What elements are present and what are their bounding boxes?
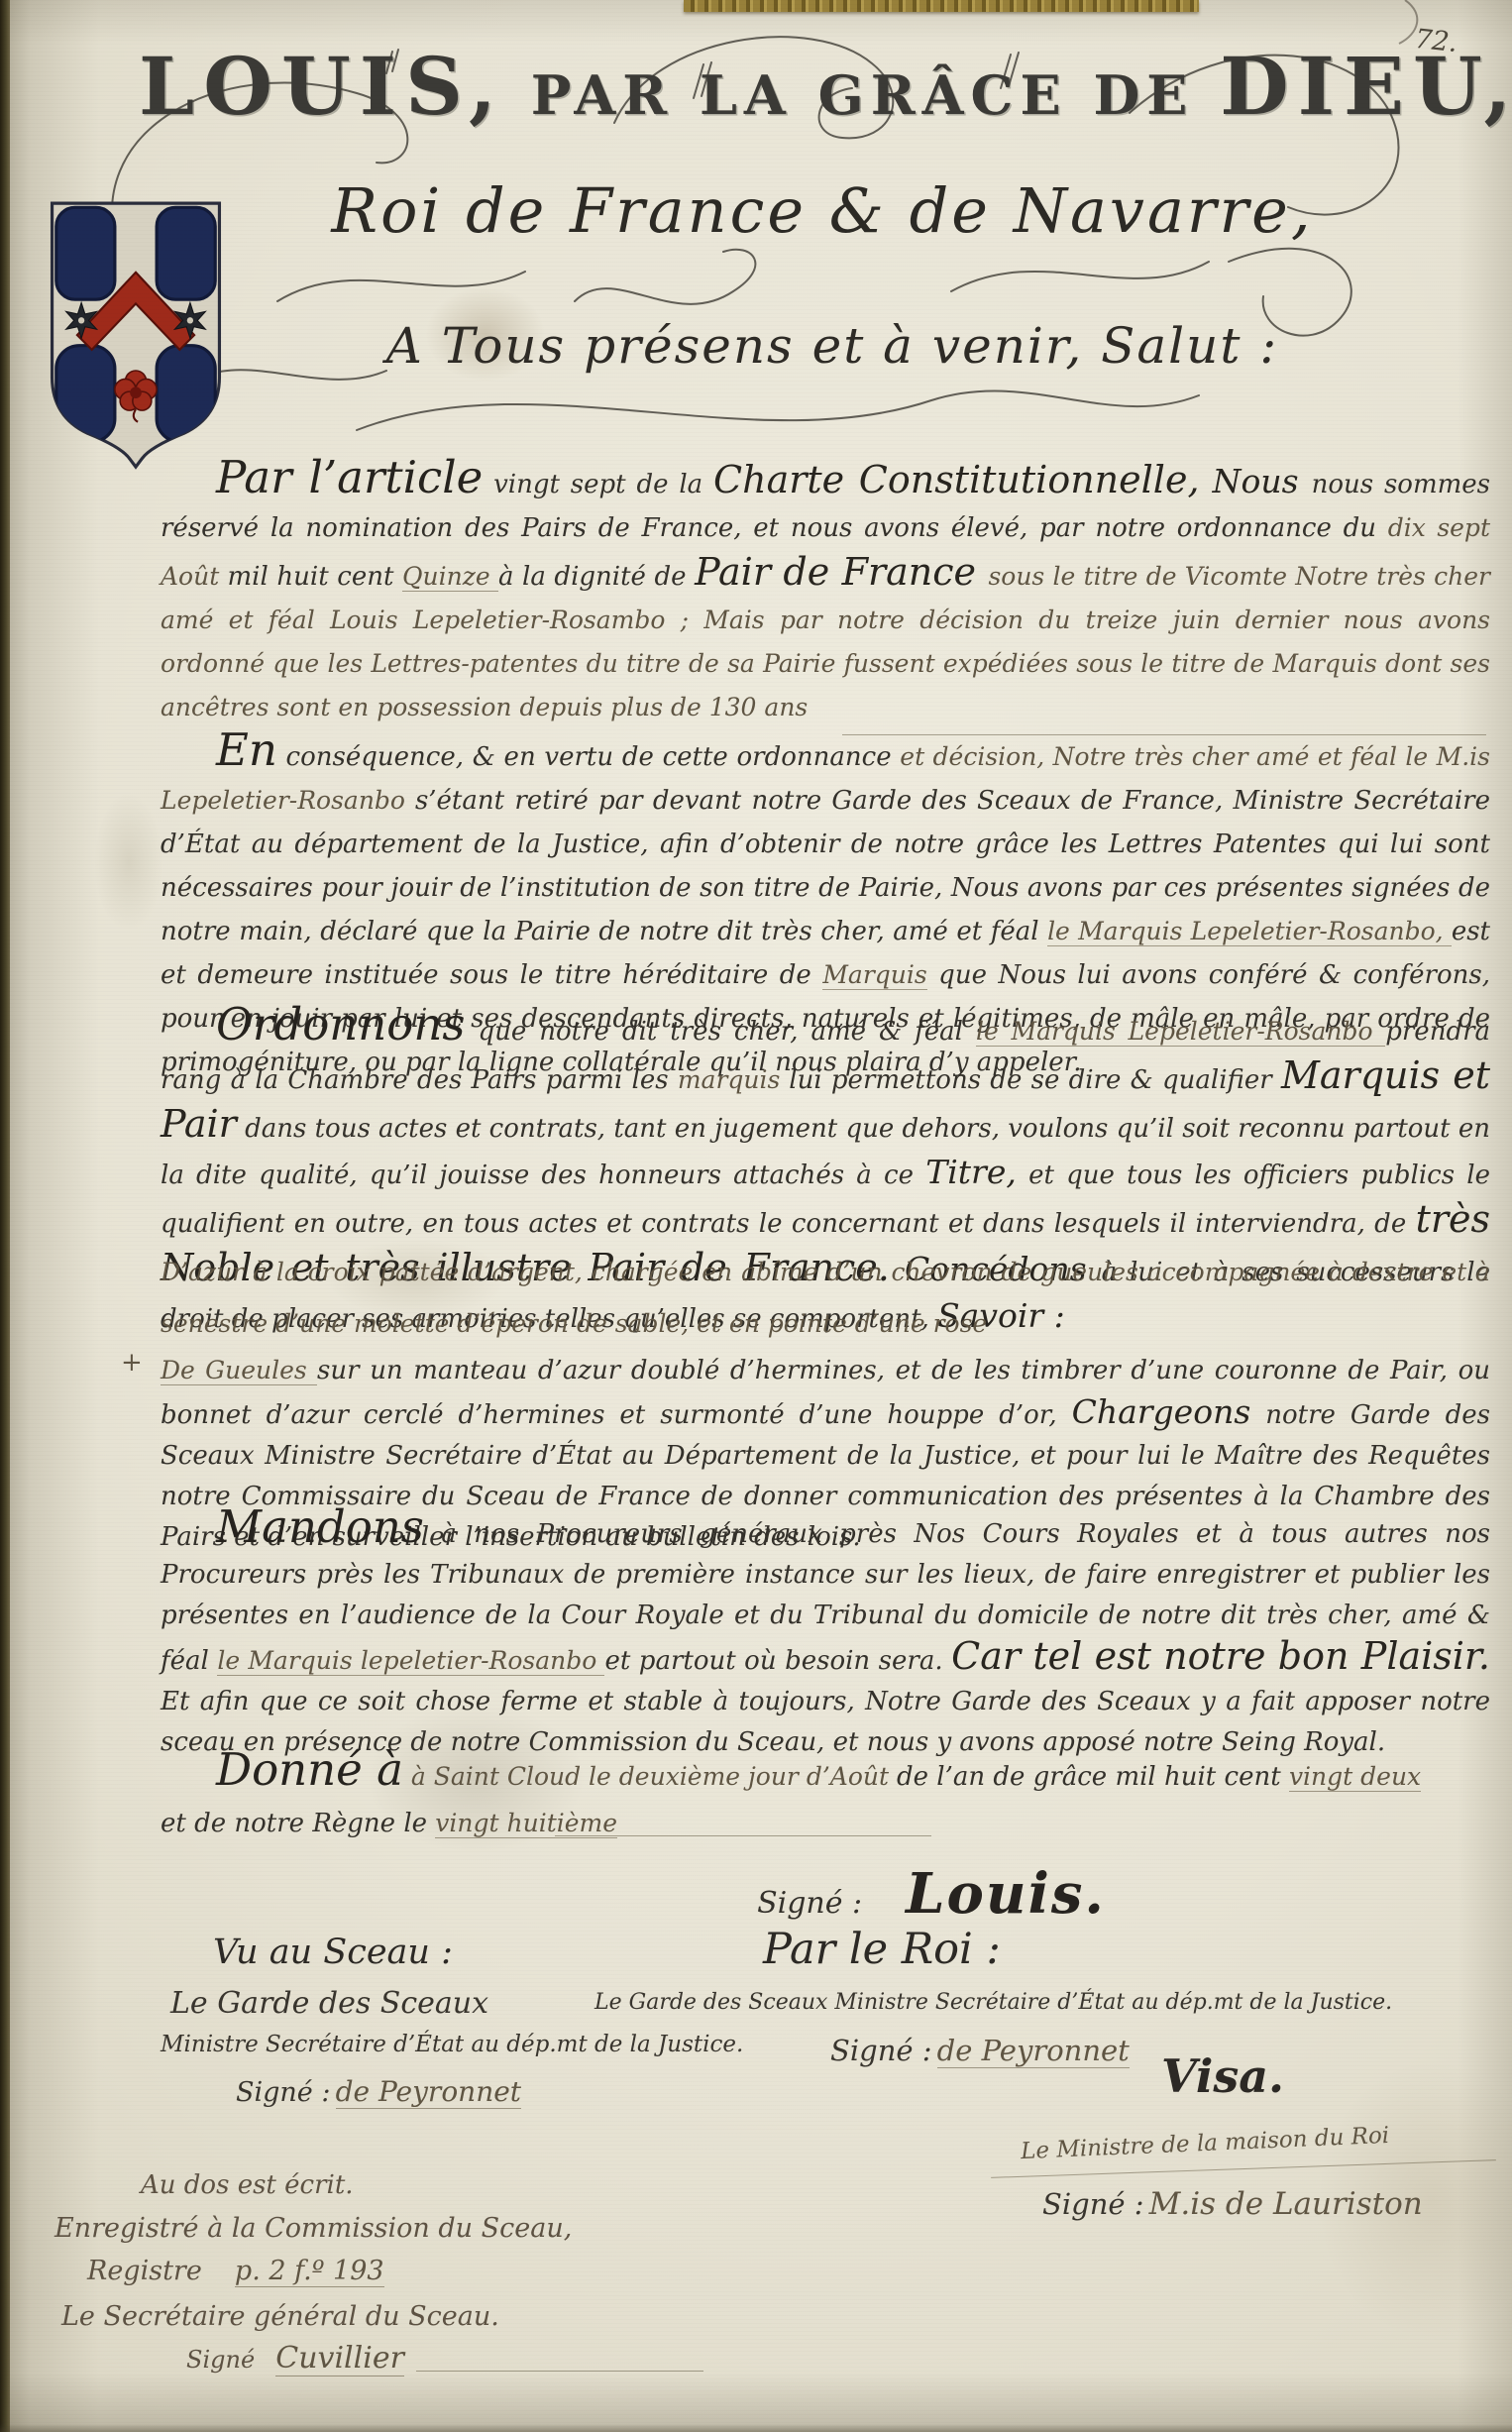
text-segment: Titre,	[925, 1153, 1017, 1191]
signed-label: Signé	[186, 2346, 255, 2374]
registre-line: Registre p. 2 f.º 193	[87, 2256, 384, 2286]
text-segment: conséquence, & en vertu de cette ordonna…	[277, 742, 900, 772]
left-signed-block: Signé : de Peyronnet	[236, 2075, 521, 2108]
paragraph-mandons: Mandons à nos Procureurs généraux près N…	[161, 1506, 1490, 1763]
lead-word: En	[216, 723, 277, 776]
lead-word: Mandons	[216, 1500, 424, 1553]
signature-de-peyronnet: de Peyronnet	[336, 2075, 522, 2109]
au-dos-line: Au dos est écrit.	[141, 2170, 354, 2200]
text-segment: et partout où besoin sera.	[604, 1646, 951, 1676]
text-segment: lui permettons de se dire & qualifier	[789, 1065, 1281, 1095]
royal-signature-block: Signé : Louis.	[634, 1861, 1229, 1927]
text-segment: Marquis	[822, 960, 926, 990]
paragraph-blazon: D’azur à la croix pattée d’argent, charg…	[161, 1247, 1490, 1350]
text-segment: vingt deux	[1289, 1762, 1421, 1792]
signature-de-peyronnet: de Peyronnet	[937, 2034, 1130, 2068]
subtitle-roi-de-france: Roi de France & de Navarre,	[238, 174, 1407, 247]
pen-rule	[416, 2371, 703, 2372]
text-segment: le Marquis Lepeletier-Rosanbo,	[1047, 917, 1452, 946]
paragraph-donne: Donné à à Saint Cloud le deuxième jour d…	[161, 1746, 1490, 1846]
margin-cross-mark: +	[121, 1348, 143, 1378]
royal-signature-name: Louis.	[906, 1861, 1106, 1927]
text-segment: vingt huitième	[435, 1809, 617, 1838]
garde-des-sceaux-line: Le Garde des Sceaux	[170, 1986, 488, 2021]
right-signed-block: Signé : de Peyronnet	[830, 2034, 1130, 2067]
title-word-dieu: DIEU,	[1220, 40, 1512, 133]
document-page: 72. LOUIS, PAR LA GRÂCE DE DIEU, Roi de …	[0, 0, 1512, 2432]
text-segment: Pair de France	[695, 550, 988, 594]
text-segment: De Gueules	[161, 1356, 317, 1385]
signature-cuvillier: Cuvillier	[275, 2341, 404, 2377]
text-segment: à Saint Cloud le deuxième jour d’Août	[403, 1762, 897, 1791]
text-segment: D’azur à la croix pattée d’argent, charg…	[161, 1258, 1490, 1338]
visa-signed-block: Signé : M.is de Lauriston	[1042, 2186, 1423, 2222]
text-segment: Quinze	[402, 562, 498, 592]
text-segment: et de notre Règne le	[161, 1809, 435, 1838]
secretaire-general-line: Le Secrétaire général du Sceau.	[61, 2301, 499, 2332]
ministre-maison-du-roi-line: Le Ministre de la maison du Roi	[1021, 2123, 1390, 2164]
text-segment: marquis	[678, 1065, 789, 1094]
enregistre-line: Enregistré à la Commission du Sceau,	[54, 2213, 572, 2244]
registre-value: p. 2 f.º 193	[235, 2256, 384, 2287]
text-segment: Charte Constitutionnelle,	[713, 458, 1200, 501]
text-segment: de l’an de grâce mil huit cent	[897, 1762, 1289, 1792]
signed-label: Signé :	[757, 1886, 862, 1921]
coat-of-arms	[42, 196, 230, 470]
text-segment: Nous	[1200, 462, 1312, 500]
par-le-roi-heading: Par le Roi :	[763, 1925, 1001, 1974]
lead-word: Par l’article	[216, 451, 483, 503]
cuvillier-signed-block: Signé Cuvillier	[186, 2341, 404, 2376]
text-segment: à la dignité de	[498, 562, 695, 592]
signature-de-lauriston: M.is de Lauriston	[1149, 2186, 1423, 2222]
text-segment: le Marquis Lepeletier-Rosanbo	[976, 1017, 1385, 1047]
signed-label: Signé :	[1042, 2187, 1144, 2221]
text-segment: mil huit cent	[228, 562, 402, 592]
salutation-line: A Tous présens et à venir, Salut :	[248, 317, 1417, 375]
document-title: LOUIS, PAR LA GRÂCE DE DIEU,	[139, 40, 1427, 133]
lead-word: Ordonnons	[216, 998, 465, 1050]
signed-label: Signé :	[830, 2034, 932, 2067]
lead-word: Donné à	[216, 1743, 403, 1796]
ministre-line: Ministre Secrétaire d’État au dép.mt de …	[161, 2032, 743, 2057]
title-middle: PAR LA GRÂCE DE	[505, 63, 1220, 127]
text-segment: que notre dit très cher, amé & féal	[465, 1017, 976, 1047]
page-bottom-edge	[0, 2424, 1512, 2432]
paragraph-article-27: Par l’article vingt sept de la Charte Co…	[161, 456, 1490, 729]
signed-label: Signé :	[236, 2077, 330, 2108]
text-segment: Chargeons	[1072, 1392, 1251, 1431]
title-word-louis: LOUIS,	[139, 40, 505, 133]
text-segment: le Marquis lepeletier-Rosanbo	[217, 1646, 604, 1676]
paper-stain	[94, 793, 163, 932]
vu-au-sceau-heading: Vu au Sceau :	[213, 1933, 453, 1972]
binding-edge	[0, 0, 10, 2432]
text-segment: vingt sept de la	[483, 470, 713, 499]
text-segment: Car tel est notre bon Plaisir.	[951, 1634, 1490, 1678]
pen-rule	[555, 1835, 931, 1836]
registre-label: Registre	[87, 2256, 202, 2286]
garde-des-sceaux-full-line: Le Garde des Sceaux Ministre Secrétaire …	[594, 1990, 1392, 2015]
visa-heading: Visa.	[1161, 2049, 1284, 2103]
